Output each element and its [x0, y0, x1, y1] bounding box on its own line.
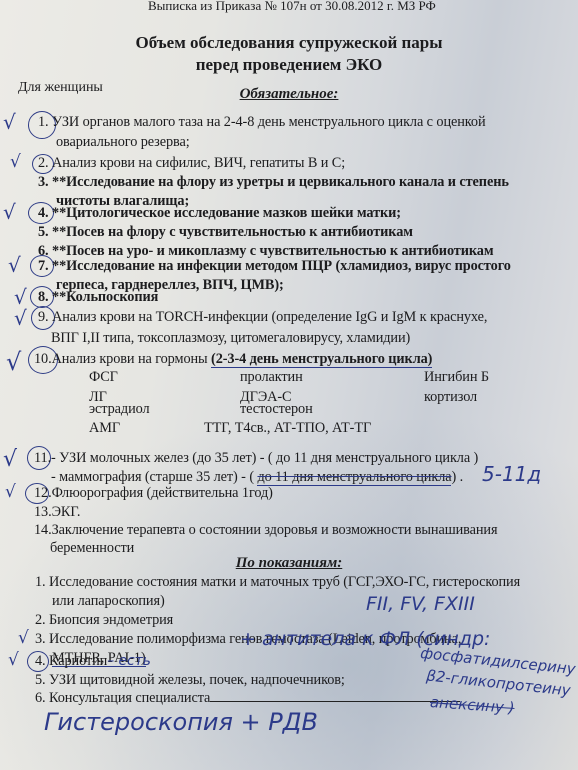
mandatory-item-4: 4. **Цитологическое исследование мазков …	[38, 205, 401, 222]
check-mark-icon: √	[6, 348, 21, 376]
mandatory-item-10: 10.Анализ крови на гормоны (2-3-4 день м…	[34, 351, 432, 368]
mandatory-item-14: 14.Заключение терапевта о состоянии здор…	[34, 522, 497, 539]
mandatory-item-9: 9. Анализ крови на TORCH-инфекции (опред…	[38, 309, 487, 326]
indication-item-1-cont: или лапароскопия)	[52, 593, 165, 610]
mandatory-item-12: 12.Флюорография (действительна 1год)	[34, 485, 273, 502]
hormone-cell: ТТГ, Т4св., АТ-ТПО, АТ-ТГ	[204, 420, 371, 437]
struck-cycle-text: до 11 дня менструального цикла	[257, 469, 451, 486]
hormone-cell: эстрадиол	[89, 401, 150, 418]
document-title-line-2: перед проведением ЭКО	[0, 55, 578, 75]
check-mark-icon: √	[18, 628, 29, 648]
mandatory-item-8: 8. **Кольпоскопия	[38, 289, 158, 306]
handwritten-factors: FII, FV, FXIII	[366, 593, 475, 615]
hormone-cell: кортизол	[424, 389, 477, 406]
document-title-line-1: Объем обследования супружеской пары	[0, 33, 578, 53]
check-mark-icon: √	[8, 253, 21, 277]
indication-item-1: 1. Исследование состояния матки и маточн…	[35, 574, 520, 591]
mandatory-item-2: 2. Анализ крови на сифилис, ВИЧ, гепатит…	[38, 155, 345, 172]
section-heading-indications: По показаниям:	[0, 555, 578, 572]
check-mark-icon: √	[14, 306, 27, 330]
check-mark-icon: √	[8, 650, 19, 670]
hormone-cell: пролактин	[240, 369, 303, 386]
handwritten-cycle-days: 5-11д	[482, 462, 541, 486]
indication-item-2: 2. Биопсия эндометрия	[35, 612, 173, 629]
check-mark-icon: √	[3, 200, 16, 224]
handwritten-karyotype-note: – есть	[107, 653, 151, 669]
mandatory-item-5: 5. **Посев на флору с чувствительностью …	[38, 224, 413, 241]
mandatory-item-7: 7. **Исследование на инфекции методом ПЦ…	[38, 258, 511, 275]
mandatory-item-9-cont: ВПГ I,II типа, токсоплазмозу, цитомегало…	[51, 330, 410, 347]
handwritten-hysteroscopy-note: Гистероскопия + РДВ	[44, 708, 318, 736]
mandatory-item-13: 13.ЭКГ.	[34, 504, 80, 521]
indication-item-5: 5. УЗИ щитовидной железы, почек, надпоче…	[35, 672, 345, 689]
handwritten-struck-annexin: анексину )	[429, 693, 515, 717]
check-mark-icon: √	[3, 447, 17, 472]
section-heading-mandatory: Обязательное:	[0, 86, 578, 103]
check-mark-icon: √	[10, 152, 21, 172]
hormone-cell: АМГ	[89, 420, 120, 437]
check-mark-icon: √	[5, 482, 16, 502]
check-mark-icon: √	[3, 110, 16, 134]
specialist-blank-line	[210, 701, 460, 702]
hormone-cell: тестостерон	[240, 401, 313, 418]
mandatory-item-1-cont: овариального резерва;	[56, 134, 190, 151]
order-reference: Выписка из Приказа № 107н от 30.08.2012 …	[148, 0, 436, 14]
mandatory-item-11: 11.- УЗИ молочных желез (до 35 лет) - ( …	[34, 450, 478, 467]
hormone-cell: Ингибин Б	[424, 369, 489, 386]
hormone-cycle-days: (2-3-4 день менструального цикла)	[211, 351, 432, 368]
mandatory-item-1: 1. УЗИ органов малого таза на 2-4-8 день…	[38, 114, 486, 131]
mandatory-item-11-mammography: - маммография (старше 35 лет) - ( до 11 …	[51, 469, 463, 486]
indication-item-4: 4. Кариотип– есть	[35, 653, 151, 670]
indication-item-6: 6. Консультация специалиста	[35, 690, 460, 707]
hormone-cell: ФСГ	[89, 369, 118, 386]
mandatory-item-3: 3. **Исследование на флору из уретры и ц…	[38, 174, 509, 191]
